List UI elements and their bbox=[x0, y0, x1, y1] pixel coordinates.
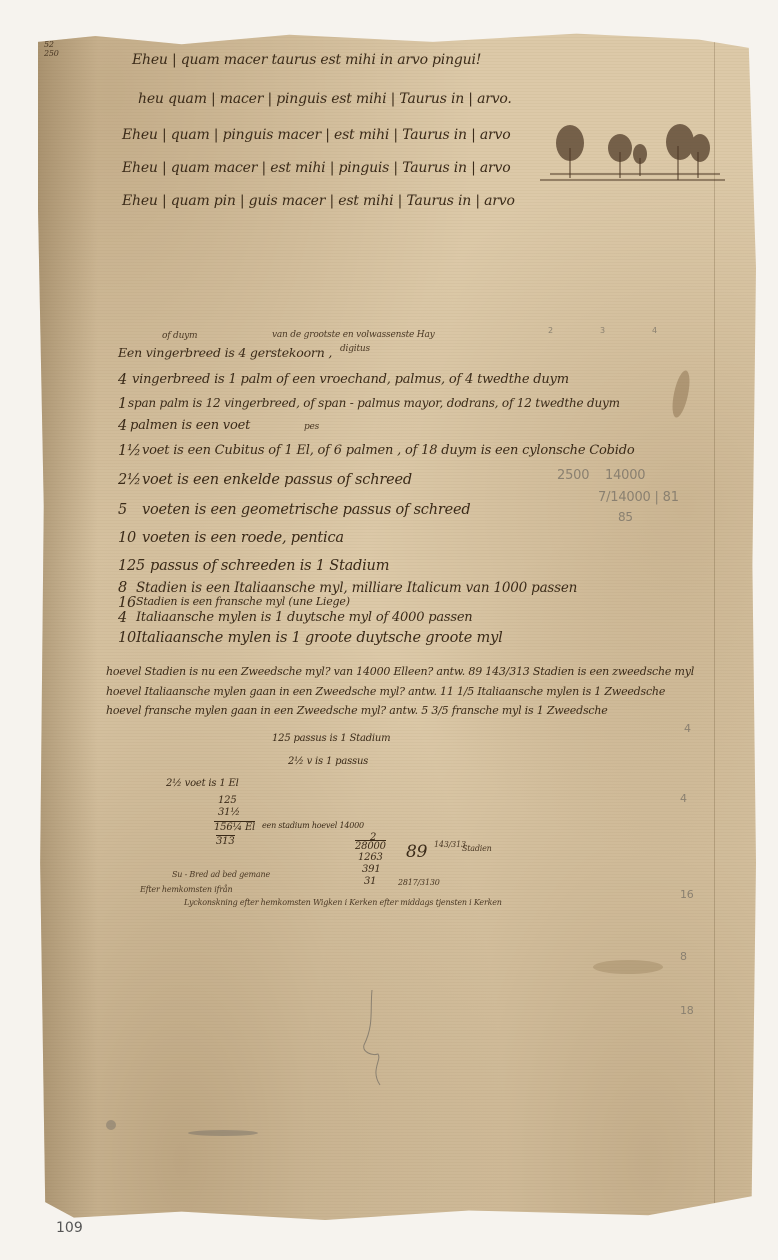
measure-qty-2: 1 bbox=[118, 396, 127, 412]
latin-line-1: Eheu | quam macer taurus est mihi in arv… bbox=[132, 52, 481, 68]
latin-line-5: Eheu | quam pin | guis macer | est mihi … bbox=[122, 193, 515, 209]
measure-line-12: Italiaansche mylen is 1 groote duytsche … bbox=[136, 630, 503, 646]
calc-column-156: 156¼ El bbox=[214, 821, 255, 833]
calc-division-row-4: 31 bbox=[364, 876, 376, 887]
scale-mark-2: 2 bbox=[548, 326, 553, 335]
measure-qty-9: 8 bbox=[118, 580, 127, 596]
margin-number-3: 16 bbox=[680, 888, 694, 901]
annotation-digitus: digitus bbox=[340, 344, 370, 354]
calc-line-el: 2½ voet is 1 El bbox=[166, 778, 239, 789]
question-fransche: hoevel fransche mylen gaan in een Zweeds… bbox=[106, 704, 608, 717]
calc-column-125: 125 bbox=[218, 795, 237, 806]
measure-line-0: Een vingerbreed is 4 gerstekoorn , bbox=[118, 345, 332, 360]
note-line-2: Efter hemkomsten ifrån bbox=[140, 885, 232, 894]
question-italiaansche: hoevel Italiaansche mylen gaan in een Zw… bbox=[106, 685, 665, 698]
calc-line-passus: 2½ v is 1 passus bbox=[288, 756, 368, 767]
ink-stain bbox=[106, 1120, 116, 1130]
face-profile-sketch bbox=[360, 990, 420, 1090]
scale-mark-4: 4 bbox=[652, 326, 657, 335]
measure-line-5: voet is een enkelde passus of schreed bbox=[142, 472, 412, 488]
annotation-pes: pes bbox=[304, 422, 319, 432]
corner-note: 52 250 bbox=[44, 40, 59, 58]
note-line-1: Su - Bred ad bed gemane bbox=[172, 870, 270, 879]
margin-rule-line bbox=[714, 40, 715, 1210]
margin-number-4: 8 bbox=[680, 950, 687, 963]
measure-line-11: Italiaansche mylen is 1 duytsche myl of … bbox=[136, 610, 472, 625]
landscape-trees-sketch bbox=[540, 118, 730, 190]
annotation-of-duym: of duym bbox=[162, 331, 197, 341]
scale-mark-3: 3 bbox=[600, 326, 605, 335]
measure-qty-7: 10 bbox=[118, 530, 136, 546]
latin-line-2: heu quam | macer | pinguis est mihi | Ta… bbox=[138, 91, 512, 107]
latin-line-3: Eheu | quam | pinguis macer | est mihi |… bbox=[122, 127, 510, 143]
annotation-grootste: van de grootste en volwassenste Hay bbox=[272, 330, 435, 340]
calc-side-fraction: 2817/3130 bbox=[398, 878, 440, 887]
measure-qty-1: 4 bbox=[118, 372, 127, 388]
margin-number-5: 18 bbox=[680, 1004, 694, 1017]
calc-column-313: 313 bbox=[216, 835, 235, 847]
measure-line-10: Stadien is een fransche myl (une Liege) bbox=[136, 595, 350, 608]
calc-division-row-3: 391 bbox=[362, 864, 381, 875]
margin-number-1: 4 bbox=[684, 722, 691, 735]
note-line-3: Lyckonskning efter hemkomsten Wigken i K… bbox=[184, 898, 502, 907]
measure-line-2: span palm is 12 vingerbreed, of span - p… bbox=[128, 396, 620, 410]
measure-line-3: palmen is een voet bbox=[130, 418, 250, 433]
calc-line-stadium: 125 passus is 1 Stadium bbox=[272, 733, 390, 744]
page-number: 109 bbox=[56, 1220, 83, 1236]
pencil-calc-division: 7/14000 | 81 bbox=[598, 490, 679, 505]
measure-line-9: Stadien is een Italiaansche myl, milliar… bbox=[136, 580, 577, 596]
measure-qty-12: 10 bbox=[118, 630, 136, 646]
measure-line-6: voeten is een geometrische passus of sch… bbox=[142, 502, 470, 518]
margin-number-2: 4 bbox=[680, 792, 687, 805]
measure-qty-8: 125 bbox=[118, 558, 145, 574]
ink-stain bbox=[669, 369, 693, 419]
calc-result-whole: 89 bbox=[406, 842, 427, 862]
ink-stain bbox=[593, 960, 663, 974]
measure-line-8: passus of schreeden is 1 Stadium bbox=[150, 558, 389, 574]
question-stadien: hoevel Stadien is nu een Zweedsche myl? … bbox=[106, 665, 694, 678]
measure-qty-3: 4 bbox=[118, 418, 127, 434]
calc-note: een stadium hoevel 14000 bbox=[262, 821, 364, 830]
pencil-calc-85: 85 bbox=[618, 510, 633, 524]
calc-division-row-1: 28000 bbox=[355, 840, 386, 852]
calc-division-row-2: 1263 bbox=[358, 852, 383, 863]
calc-column-31: 31½ bbox=[218, 807, 240, 818]
paper-edge-shadow bbox=[38, 30, 98, 1220]
measure-line-7: voeten is een roede, pentica bbox=[142, 530, 344, 546]
measure-line-1: vingerbreed is 1 palm of een vroechand, … bbox=[132, 372, 569, 387]
ink-stain bbox=[188, 1130, 258, 1136]
pencil-calc-14000: 14000 bbox=[605, 468, 645, 483]
measure-qty-4: 1½ bbox=[118, 443, 141, 459]
measure-line-4: voet is een Cubitus of 1 El, of 6 palmen… bbox=[142, 443, 634, 458]
measure-qty-10: 16 bbox=[118, 595, 136, 611]
calc-result-unit: Stadien bbox=[462, 844, 492, 853]
measure-qty-11: 4 bbox=[118, 610, 127, 626]
measure-qty-5: 2½ bbox=[118, 472, 141, 488]
measure-qty-6: 5 bbox=[118, 502, 127, 518]
pencil-calc-2500: 2500 bbox=[557, 468, 589, 483]
latin-line-4: Eheu | quam macer | est mihi | pinguis |… bbox=[122, 160, 510, 176]
